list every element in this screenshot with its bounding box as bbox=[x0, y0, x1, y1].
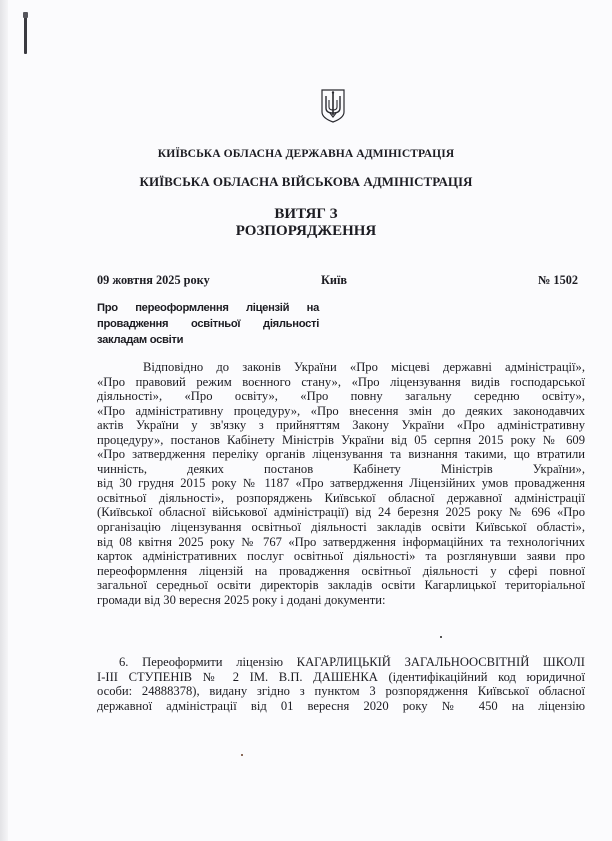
text-line: діяльності», «Про освіту», «Про повну за… bbox=[97, 389, 585, 404]
text-line: карток адміністративних послуг освітньої… bbox=[97, 549, 585, 564]
subject-line: закладам освіти bbox=[97, 332, 319, 348]
scan-speck bbox=[241, 754, 243, 756]
text-line: процедуру», постанов Кабінету Міністрів … bbox=[97, 433, 585, 448]
preamble-paragraph: Відповідно до законів України «Про місце… bbox=[97, 360, 585, 607]
subject-line: Про переоформлення ліцензій на bbox=[97, 300, 319, 316]
scan-speck bbox=[440, 636, 442, 638]
text-line: державної адміністрації від 01 вересня 2… bbox=[97, 699, 585, 714]
text-line: особи: 24888378), видану згідно з пункто… bbox=[97, 684, 585, 699]
text-line: Відповідно до законів України «Про місце… bbox=[97, 360, 585, 375]
text-line: освітньої діяльності», розпоряджень Київ… bbox=[97, 491, 585, 506]
pen-mark bbox=[24, 14, 27, 54]
text-line: організацію ліцензування освітньої діяль… bbox=[97, 520, 585, 535]
text-line: актів України у зв'язку з прийняттям Зак… bbox=[97, 418, 585, 433]
order-item-6: 6. Переоформити ліцензію КАГАРЛИЦЬКІЙ ЗА… bbox=[97, 655, 585, 713]
order-number: № 1502 bbox=[538, 273, 578, 288]
scan-edge bbox=[0, 0, 8, 841]
doc-title-line2: РОЗПОРЯДЖЕННЯ bbox=[0, 223, 612, 240]
text-line: (Київської обласної військової адміністр… bbox=[97, 505, 585, 520]
text-line: «Про затвердження переліку органів ліцен… bbox=[97, 447, 585, 462]
text-line: І-ІІІ СТУПЕНІВ № 2 ІМ. В.П. ДАШЕНКА (іде… bbox=[97, 670, 585, 685]
text-line: «Про адміністративну процедуру», «Про вн… bbox=[97, 404, 585, 419]
text-line: від 30 грудня 2015 року № 1187 «Про затв… bbox=[97, 476, 585, 491]
issuer-state-administration: КИЇВСЬКА ОБЛАСНА ДЕРЖАВНА АДМІНІСТРАЦІЯ bbox=[0, 147, 612, 160]
subject-line: провадження освітньої діяльності bbox=[97, 316, 319, 332]
text-line: громади від 30 вересня 2025 року і додан… bbox=[97, 593, 585, 608]
text-line: чинність, деяких постанов Кабінету Мініс… bbox=[97, 462, 585, 477]
text-line: від 08 квітня 2025 року № 767 «Про затве… bbox=[97, 535, 585, 550]
text-line: загальної середньої освіти директорів за… bbox=[97, 578, 585, 593]
issuer-military-administration: КИЇВСЬКА ОБЛАСНА ВІЙСЬКОВА АДМІНІСТРАЦІЯ bbox=[0, 174, 612, 190]
order-city: Київ bbox=[321, 273, 347, 288]
doc-title-line1: ВИТЯГ З bbox=[0, 206, 612, 223]
text-line: «Про правовий режим воєнного стану», «Пр… bbox=[97, 375, 585, 390]
order-subject: Про переоформлення ліцензій на проваджен… bbox=[97, 300, 319, 348]
order-date: 09 жовтня 2025 року bbox=[97, 273, 210, 288]
text-line: 6. Переоформити ліцензію КАГАРЛИЦЬКІЙ ЗА… bbox=[97, 655, 585, 670]
coat-of-arms-icon bbox=[320, 88, 346, 124]
text-line: переоформлення ліцензій на провадження о… bbox=[97, 564, 585, 579]
